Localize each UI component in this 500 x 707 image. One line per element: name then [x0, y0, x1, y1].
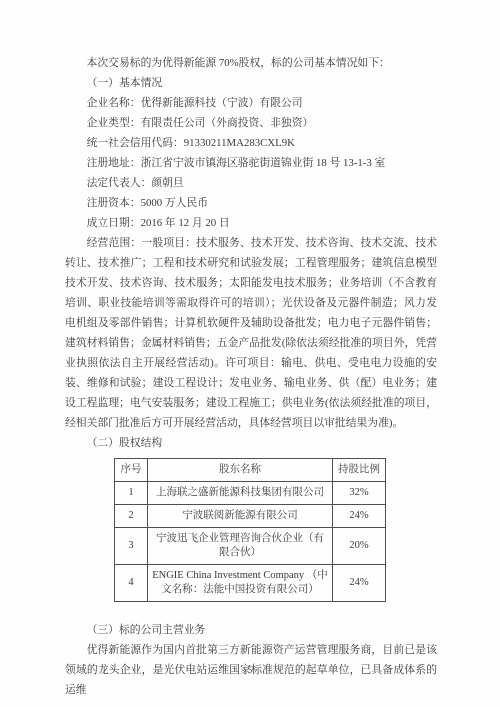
header-shareholder-name: 股东名称 — [148, 459, 333, 482]
field-legal-representative: 法定代表人：颜朝旦 — [65, 173, 437, 193]
field-registered-capital: 注册资本：5000 万人民币 — [65, 193, 437, 213]
table-row: 4 ENGIE China Investment Company （中文名称：法… — [115, 565, 386, 602]
shareholder-name: 宁波迅飞企业管理咨询合伙企业（有限合伙） — [148, 528, 333, 565]
shareholder-index: 4 — [115, 565, 148, 602]
field-credit-code: 统一社会信用代码：91330211MA283CXL9K — [65, 133, 437, 153]
table-header-row: 序号 股东名称 持股比例 — [115, 459, 386, 482]
business-scope-paragraph: 经营范围：一般项目：技术服务、技术开发、技术咨询、技术交流、技术转让、技术推广；… — [65, 233, 437, 433]
page-number: 5 — [0, 665, 500, 675]
shareholder-index: 3 — [115, 528, 148, 565]
section-equity-heading: （二）股权结构 — [65, 433, 437, 453]
field-establish-date: 成立日期：2016 年 12 月 20 日 — [65, 213, 437, 233]
shareholder-table: 序号 股东名称 持股比例 1 上海联之盛新能源科技集团有限公司 32% 2 宁波… — [114, 458, 386, 602]
shareholder-ratio: 24% — [333, 505, 386, 528]
shareholder-index: 1 — [115, 482, 148, 505]
table-row: 1 上海联之盛新能源科技集团有限公司 32% — [115, 482, 386, 505]
shareholder-name: ENGIE China Investment Company （中文名称：法能中… — [148, 565, 333, 602]
shareholder-ratio: 24% — [333, 565, 386, 602]
shareholder-name: 宁波联阅新能源有限公司 — [148, 505, 333, 528]
shareholder-name: 上海联之盛新能源科技集团有限公司 — [148, 482, 333, 505]
shareholder-ratio: 20% — [333, 528, 386, 565]
section-main-business-heading: （三）标的公司主营业务 — [65, 620, 437, 640]
field-company-name: 企业名称：优得新能源科技（宁波）有限公司 — [65, 93, 437, 113]
header-index: 序号 — [115, 459, 148, 482]
field-registered-address: 注册地址：浙江省宁波市镇海区骆驼街道锦业街 18 号 13-1-3 室 — [65, 153, 437, 173]
intro-paragraph: 本次交易标的为优得新能源 70%股权，标的公司基本情况如下： — [65, 53, 437, 73]
header-shareholding-ratio: 持股比例 — [333, 459, 386, 482]
section-basic-info-heading: （一）基本情况 — [65, 73, 437, 93]
shareholder-index: 2 — [115, 505, 148, 528]
shareholder-ratio: 32% — [333, 482, 386, 505]
document-page: 本次交易标的为优得新能源 70%股权，标的公司基本情况如下： （一）基本情况 企… — [0, 0, 500, 707]
shareholder-table-container: 序号 股东名称 持股比例 1 上海联之盛新能源科技集团有限公司 32% 2 宁波… — [114, 458, 437, 602]
table-row: 3 宁波迅飞企业管理咨询合伙企业（有限合伙） 20% — [115, 528, 386, 565]
table-row: 2 宁波联阅新能源有限公司 24% — [115, 505, 386, 528]
field-company-type: 企业类型：有限责任公司（外商投资、非独资） — [65, 113, 437, 133]
